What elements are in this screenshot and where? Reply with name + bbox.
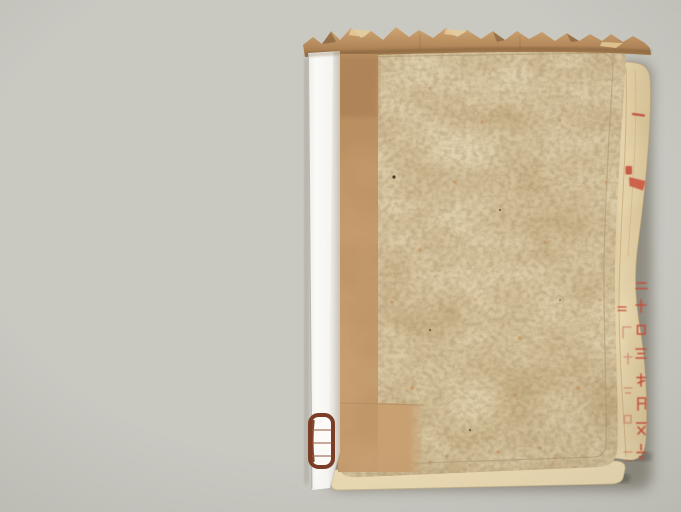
photo — [0, 0, 681, 512]
vignette-overlay — [0, 0, 681, 512]
photo-canvas — [0, 0, 681, 512]
